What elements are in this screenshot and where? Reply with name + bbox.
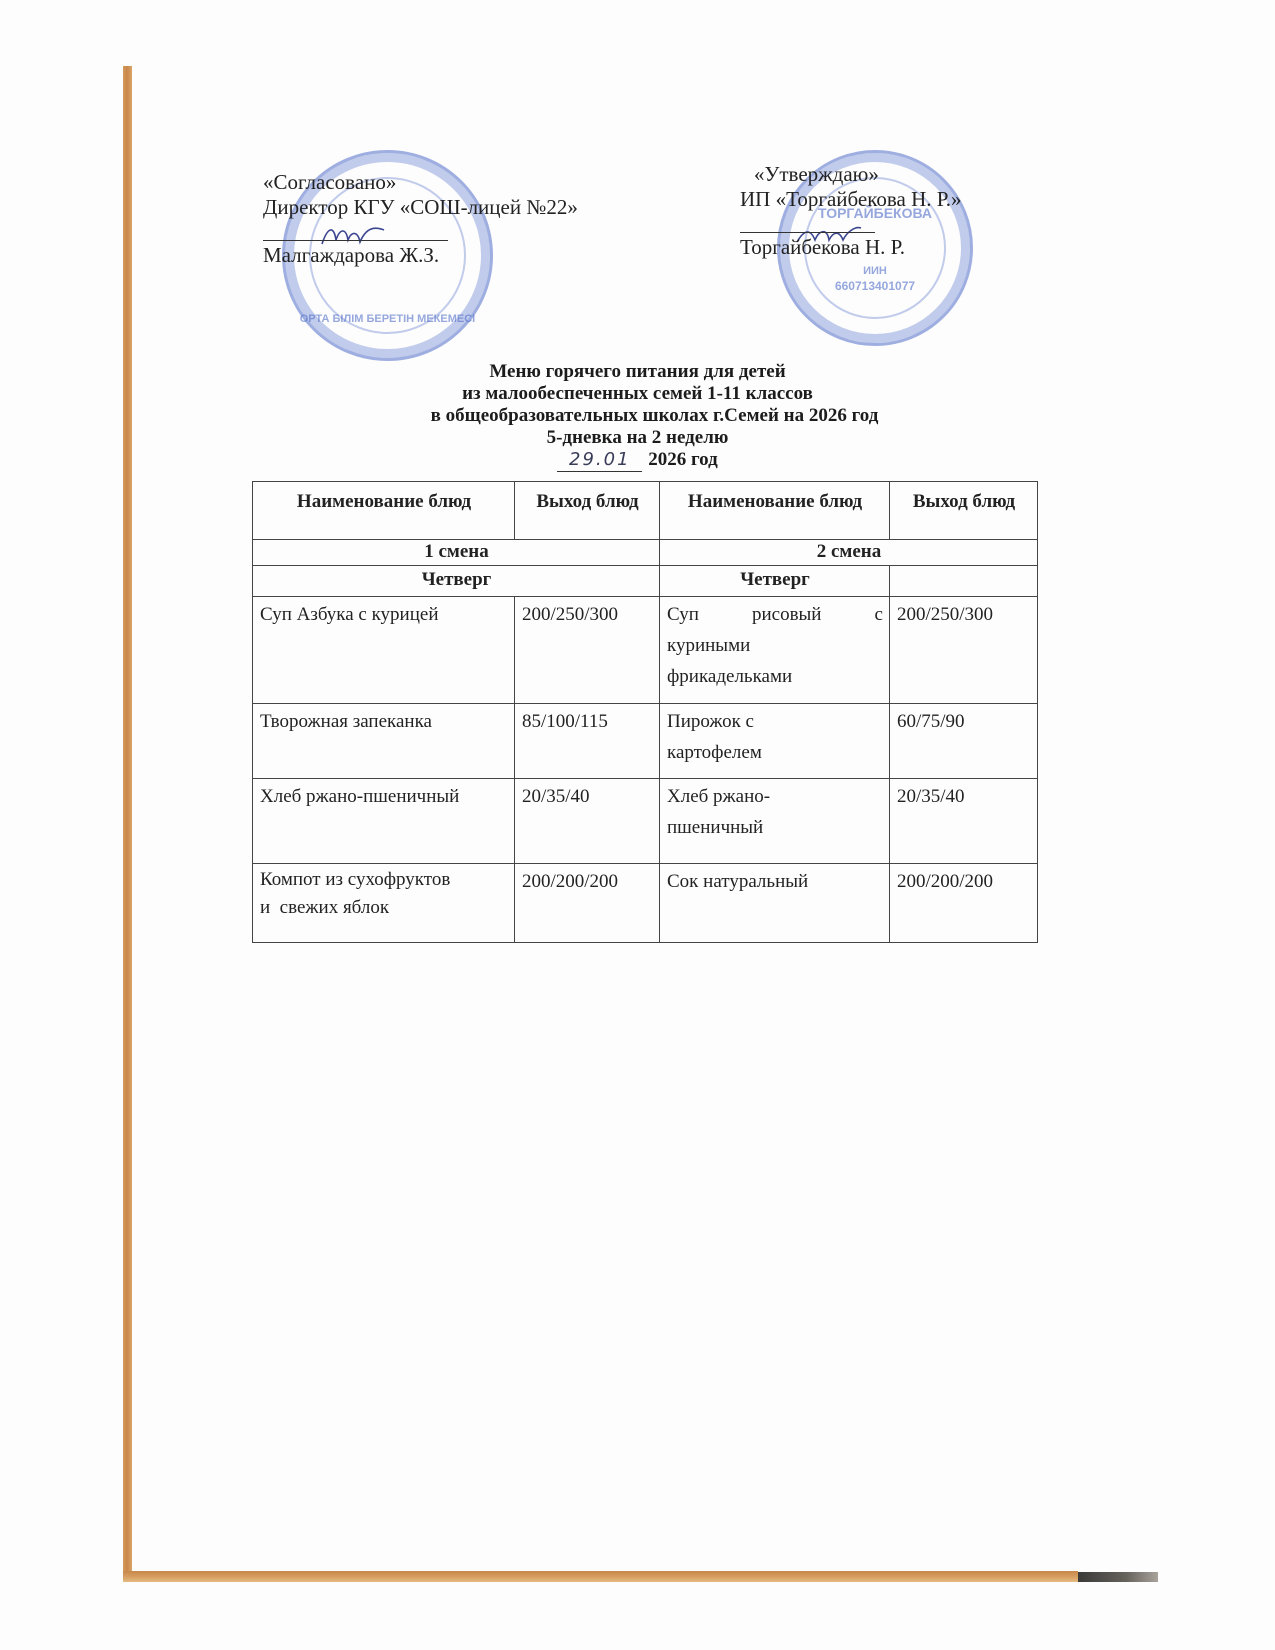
document-title: Меню горячего питания для детей из малоо… xyxy=(0,361,1275,472)
dish-2: Хлеб ржано- пшеничный xyxy=(660,779,890,864)
approval-block-right: «Утверждаю» ИП «Торгайбекова Н. Р.» Торг… xyxy=(740,162,962,260)
dish-2: Суп рисовый с куриными фрикадельками xyxy=(660,597,890,704)
dish-1: Хлеб ржано-пшеничный xyxy=(253,779,515,864)
yield-1: 20/35/40 xyxy=(515,779,660,864)
dish-2: Пирожок с картофелем xyxy=(660,704,890,779)
dark-edge-bottom xyxy=(1078,1572,1158,1582)
header-dish-name-1: Наименование блюд xyxy=(253,482,515,540)
signature-line-left xyxy=(263,220,448,241)
dish-1: Суп Азбука с курицей xyxy=(253,597,515,704)
dish-2: Сок натуральный xyxy=(660,864,890,943)
yield-2: 200/250/300 xyxy=(890,597,1038,704)
approval-right-position: ИП «Торгайбекова Н. Р.» xyxy=(740,187,962,212)
title-line-2: из малообеспеченных семей 1-11 классов xyxy=(0,383,1275,405)
stamp-left-text: ОРТА БІЛІМ БЕРЕТІН МЕКЕМЕСІ xyxy=(285,313,490,325)
date-year: 2026 год xyxy=(648,449,717,470)
dish-2-line: пшеничный xyxy=(667,812,883,843)
title-line-1: Меню горячего питания для детей xyxy=(0,361,1275,383)
yield-2: 20/35/40 xyxy=(890,779,1038,864)
title-line-4: 5-дневка на 2 неделю xyxy=(0,427,1275,449)
stamp-right-iin: 660713401077 xyxy=(780,279,970,293)
shift-2: 2 смена xyxy=(660,540,1038,566)
dish-1-line: Компот из сухофруктов xyxy=(260,866,508,894)
header-yield-2: Выход блюд xyxy=(890,482,1038,540)
dish-1: Компот из сухофруктов и свежих яблок xyxy=(253,864,515,943)
approval-left-name: Малгаждарова Ж.З. xyxy=(263,243,578,268)
approval-right-name: Торгайбекова Н. Р. xyxy=(740,235,962,260)
day-row: Четверг Четверг xyxy=(253,566,1038,597)
date-line: 29.012026 год xyxy=(0,449,1275,472)
day-shift-2-empty xyxy=(890,566,1038,597)
shift-row: 1 смена 2 смена xyxy=(253,540,1038,566)
shift-1: 1 смена xyxy=(253,540,660,566)
approval-left-position: Директор КГУ «СОШ-лицей №22» xyxy=(263,195,578,220)
day-shift-2: Четверг xyxy=(660,566,890,597)
approval-left-label: «Согласовано» xyxy=(263,170,578,195)
wood-edge-left xyxy=(123,66,132,1576)
table-header-row: Наименование блюд Выход блюд Наименовани… xyxy=(253,482,1038,540)
yield-1: 85/100/115 xyxy=(515,704,660,779)
stamp-right-iin-label: ИИН xyxy=(780,265,970,277)
menu-table: Наименование блюд Выход блюд Наименовани… xyxy=(252,481,1038,943)
handwritten-date: 29.01 xyxy=(557,449,642,472)
yield-1: 200/250/300 xyxy=(515,597,660,704)
approval-right-label: «Утверждаю» xyxy=(740,162,962,187)
dish-2-line: Суп рисовый с xyxy=(667,599,883,630)
signature-line-right xyxy=(740,212,875,233)
day-shift-1: Четверг xyxy=(253,566,660,597)
dish-1: Творожная запеканка xyxy=(253,704,515,779)
table-row: Творожная запеканка 85/100/115 Пирожок с… xyxy=(253,704,1038,779)
dish-2-line: картофелем xyxy=(667,737,883,768)
dish-2-line: Хлеб ржано- xyxy=(667,781,883,812)
dish-1-line: и свежих яблок xyxy=(260,894,508,922)
document-page: ОРТА БІЛІМ БЕРЕТІН МЕКЕМЕСІ ТОРГАЙБЕКОВА… xyxy=(0,0,1275,1650)
header-dish-name-2: Наименование блюд xyxy=(660,482,890,540)
approval-block-left: «Согласовано» Директор КГУ «СОШ-лицей №2… xyxy=(263,170,578,268)
dish-2-line: Пирожок с xyxy=(667,706,883,737)
dish-2-line: куриными xyxy=(667,630,883,661)
title-line-3: в общеобразовательных школах г.Семей на … xyxy=(0,405,1275,427)
yield-1: 200/200/200 xyxy=(515,864,660,943)
wood-edge-bottom xyxy=(123,1571,1078,1582)
header-yield-1: Выход блюд xyxy=(515,482,660,540)
table-row: Хлеб ржано-пшеничный 20/35/40 Хлеб ржано… xyxy=(253,779,1038,864)
yield-2: 200/200/200 xyxy=(890,864,1038,943)
yield-2: 60/75/90 xyxy=(890,704,1038,779)
dish-2-line: Сок натуральный xyxy=(667,866,883,897)
table-row: Суп Азбука с курицей 200/250/300 Суп рис… xyxy=(253,597,1038,704)
dish-2-line: фрикадельками xyxy=(667,661,883,692)
table-row: Компот из сухофруктов и свежих яблок 200… xyxy=(253,864,1038,943)
